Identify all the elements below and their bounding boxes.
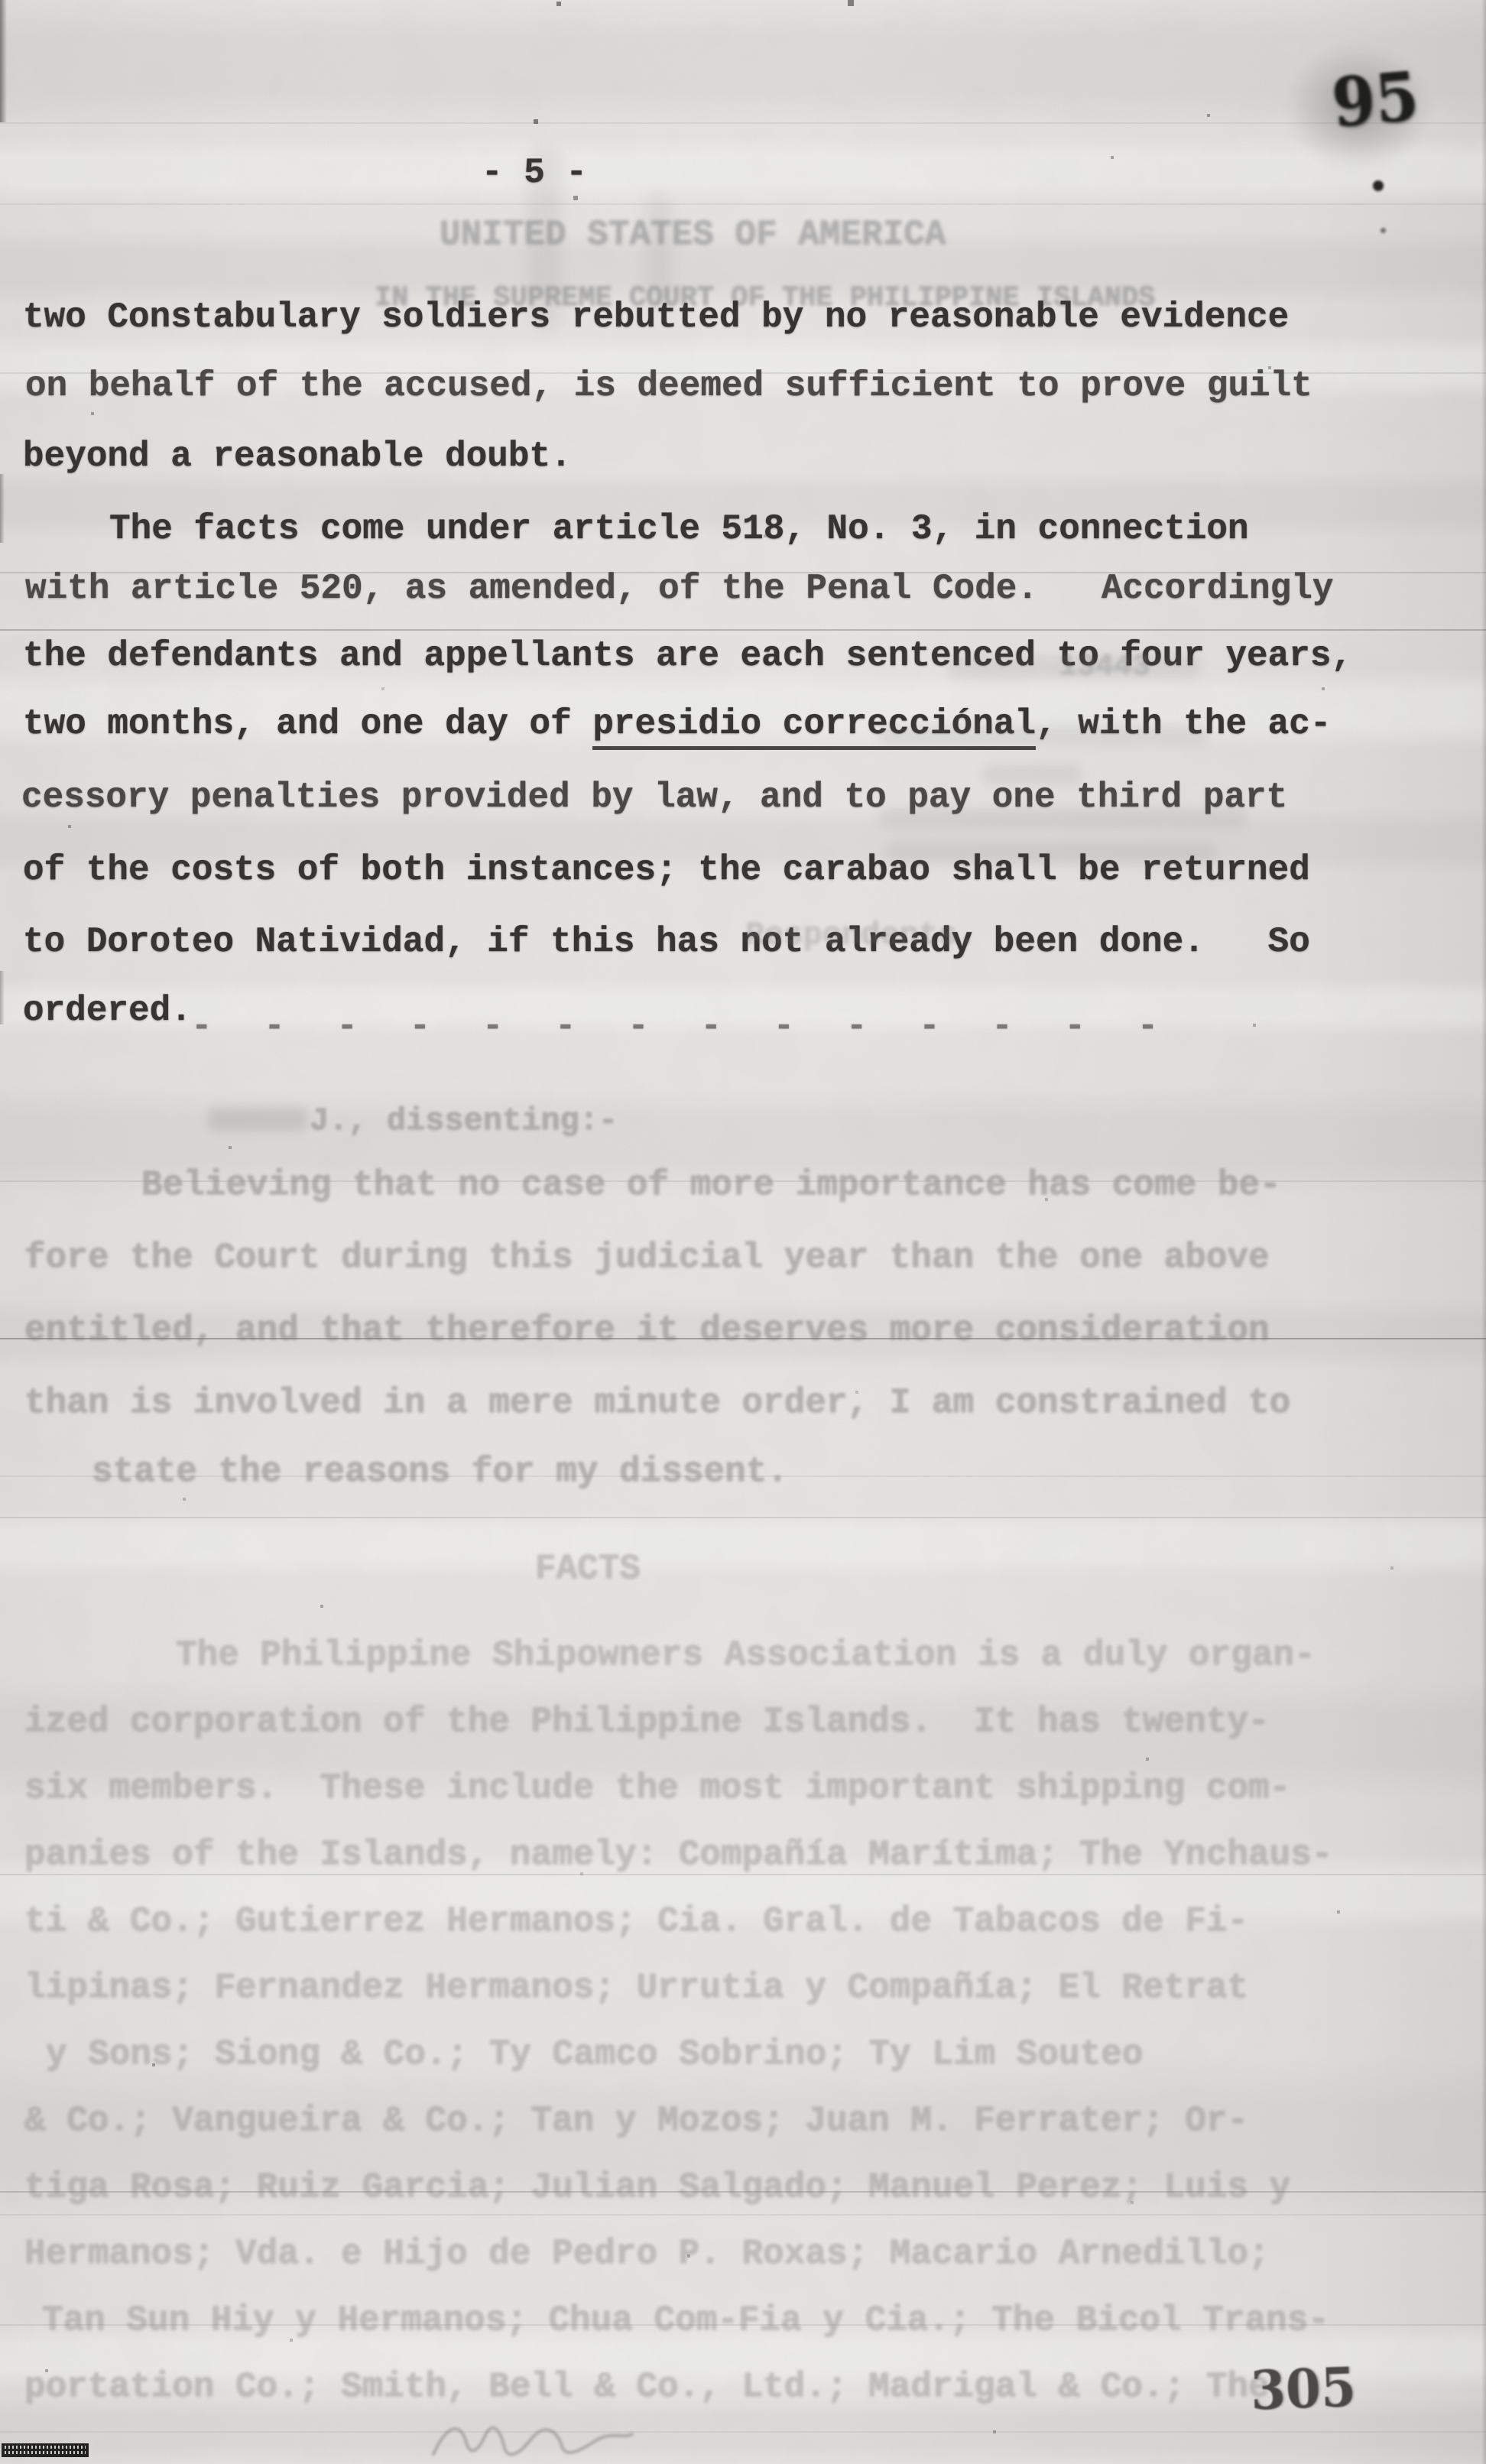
typewritten-line: the defendants and appellants are each s… bbox=[23, 635, 1352, 677]
microprint-row bbox=[5, 2451, 86, 2454]
scanned-document-page: 95 - 5 - UNITED STATES OF AMERICA IN THE… bbox=[0, 0, 1486, 2464]
facts-line: panies of the Islands, namely: Compañía … bbox=[24, 1833, 1332, 1876]
page-stamp-number: 305 bbox=[1250, 2355, 1358, 2422]
dissent-line: Believing that no case of more importanc… bbox=[141, 1164, 1281, 1206]
archive-microlabel bbox=[2, 2443, 89, 2457]
facts-line: y Sons; Siong & Co.; Ty Camco Sobrino; T… bbox=[46, 2033, 1143, 2076]
ghost-case-number: 13443 bbox=[1059, 646, 1150, 689]
scan-hairline bbox=[0, 203, 1486, 205]
page-number: - 5 - bbox=[482, 151, 587, 194]
facts-line: Hermanos; Vda. e Hijo de Pedro P. Roxas;… bbox=[24, 2232, 1270, 2275]
typewritten-line: two months, and one day of presidio corr… bbox=[23, 703, 1332, 745]
typewritten-line: with article 520, as amended, of the Pen… bbox=[25, 567, 1333, 610]
ink-blot bbox=[1373, 180, 1384, 191]
facts-line: ti & Co.; Gutierrez Hermanos; Cia. Gral.… bbox=[24, 1900, 1248, 1943]
section-heading-facts: FACTS bbox=[535, 1547, 641, 1590]
scan-hairline bbox=[0, 629, 1486, 631]
scan-band bbox=[0, 0, 1486, 130]
dissent-line: fore the Court during this judicial year… bbox=[24, 1236, 1270, 1279]
scan-hairline bbox=[0, 2431, 1486, 2433]
edge-smear bbox=[0, 474, 5, 543]
facts-line: The Philippine Shipowners Association is… bbox=[176, 1634, 1316, 1677]
facts-line: ized corporation of the Philippine Islan… bbox=[24, 1700, 1270, 1743]
facts-line: & Co.; Vangueira & Co.; Tan y Mozos; Jua… bbox=[24, 2099, 1248, 2142]
dissent-line: entitled, and that therefore it deserves… bbox=[24, 1309, 1270, 1352]
line-text: two months, and one day of bbox=[23, 704, 592, 744]
dash-separator: - - - - - - - - - - - - - - bbox=[191, 1005, 1158, 1048]
scan-band bbox=[0, 136, 1486, 205]
edge-smear bbox=[0, 0, 7, 122]
typewritten-line: to Doroteo Natividad, if this has not al… bbox=[23, 920, 1310, 963]
illegible-name-smudge bbox=[208, 1107, 307, 1131]
scan-hairline bbox=[0, 1517, 1486, 1518]
pencil-scribble bbox=[424, 2408, 638, 2464]
facts-line: portation Co.; Smith, Bell & Co., Ltd.; … bbox=[24, 2365, 1270, 2408]
typewritten-line: ordered. bbox=[23, 989, 192, 1032]
typewritten-line: cessory penalties provided by law, and t… bbox=[21, 776, 1287, 819]
typewritten-line: beyond a reasonable doubt. bbox=[23, 435, 572, 478]
line-text: , with the ac- bbox=[1036, 704, 1331, 744]
facts-line: Tan Sun Hiy y Hermanos; Chua Com-Fia y C… bbox=[42, 2299, 1329, 2342]
scan-band bbox=[0, 1510, 1486, 1579]
typewritten-line: of the costs of both instances; the cara… bbox=[23, 849, 1310, 891]
typewritten-line: two Constabulary soldiers rebutted by no… bbox=[23, 296, 1289, 339]
edge-smear bbox=[1481, 0, 1486, 2464]
ink-speck bbox=[1381, 228, 1386, 233]
facts-line: tiga Rosa; Ruiz Garcia; Julian Salgado; … bbox=[24, 2166, 1290, 2209]
microprint-row bbox=[5, 2446, 86, 2449]
dissent-line: than is involved in a mere minute order,… bbox=[24, 1381, 1290, 1424]
ink-specks bbox=[0, 0, 2, 2]
underlined-term: presidio correcciónal bbox=[592, 704, 1036, 750]
edge-smear bbox=[0, 971, 5, 1024]
facts-line: six members. These include the most impo… bbox=[24, 1767, 1290, 1810]
dissent-heading: J., dissenting:- bbox=[310, 1099, 618, 1142]
scan-hairline bbox=[0, 2214, 1486, 2216]
scan-hairline bbox=[0, 122, 1486, 124]
ghost-caption-line1: UNITED STATES OF AMERICA bbox=[440, 213, 946, 256]
dissent-line: state the reasons for my dissent. bbox=[92, 1450, 788, 1493]
handwritten-folio-number: 95 bbox=[1329, 56, 1422, 142]
facts-line: lipinas; Fernandez Hermanos; Urrutia y C… bbox=[24, 1966, 1248, 2009]
typewritten-line: The facts come under article 518, No. 3,… bbox=[109, 508, 1249, 550]
typewritten-line: on behalf of the accused, is deemed suff… bbox=[25, 365, 1312, 407]
ghost-respondents-label: Respondents. bbox=[745, 914, 976, 956]
